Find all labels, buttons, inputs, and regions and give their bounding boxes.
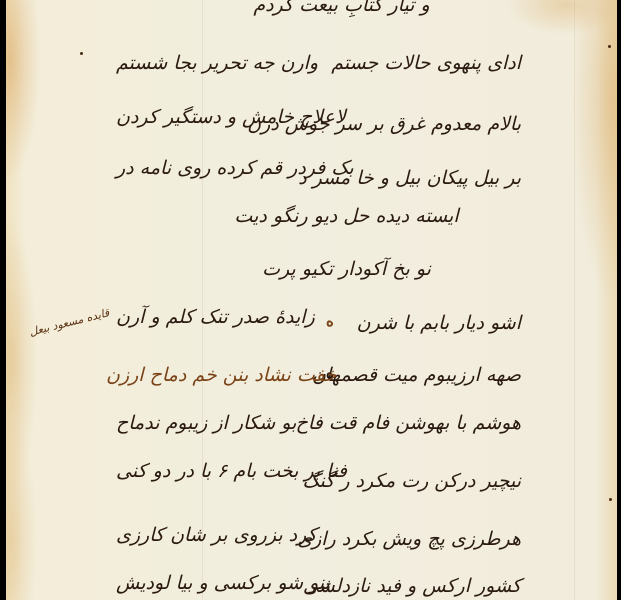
ink-speck [80,52,83,55]
verse-1-right: ادای پنهوی حالات جستم [331,52,521,74]
verse-7-left: فنا بر بخت بام ۶ با در دو کنی [116,460,347,482]
verse-6-right: هوشم با بهوشن فام قت فاخ [296,412,521,434]
verse-marker: ه [326,312,334,330]
verse-1-left: وارن جه تحریر بجا شستم [116,52,318,74]
verse-4-left: زایدهٔ صدر تنک کلم و آرن [116,306,315,328]
verse-6-left: بو شکار از زیبوم ندماح [116,412,296,434]
verse-9-left: بنو شو برکسی و بیا لودیش [116,572,330,594]
verse-8-left: کرد بزروی بر شان کارزی [116,524,317,546]
verse-5-left: خفت نشاد بنن خم دماح ارزن [106,364,337,386]
page-ruling-line [574,0,575,600]
verse-2-left: لاعلاج خامش و دستگیر کردن [116,106,346,128]
manuscript-page: و تیار کتابِ بیعت کردم ادای پنهوی حالات … [6,0,617,600]
verse-3-left: بک فردر قم کرده روی نامه در [116,157,354,179]
verse-8-right: هرطرزی پچ ویش بکرد رازی [297,528,521,550]
ink-speck [608,45,611,48]
ink-speck [609,498,612,501]
subheading-1: ایسته دیده حل دیو رنگو دیت [76,205,617,227]
heading-top: و تیار کتابِ بیعت کردم [66,0,617,16]
verse-4-right: اشو دیار بابم با شرن [357,312,521,334]
verse-5-right: صهه ارزیبوم میت قصمهان [312,364,521,386]
subheading-2: نو بخ آکودار تکیو پرت [76,258,617,280]
margin-note: قایده مسعود بیعل [28,306,111,338]
verse-9-right: کشور ارکس و فید نازدلشی [303,575,521,597]
page-ruling-line [202,0,203,600]
